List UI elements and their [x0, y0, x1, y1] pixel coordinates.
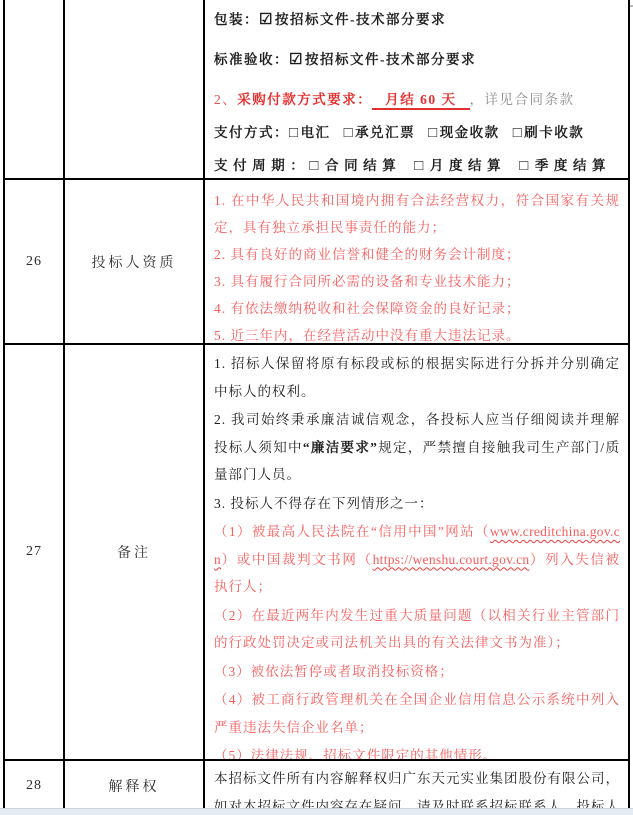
integrity-requirement-emphasis: “廉洁要求”	[303, 440, 378, 455]
window-bottom-edge	[0, 808, 633, 815]
pay-cycle-option: 季度结算	[535, 158, 607, 173]
unchecked-checkbox-icon[interactable]: □	[289, 125, 300, 141]
acceptance-line: 标准验收：☑按招标文件-技术部分要求	[214, 49, 620, 71]
unchecked-checkbox-icon[interactable]: □	[428, 125, 439, 141]
pay-cycle-option: 月度结算	[430, 158, 506, 173]
checked-checkbox-icon[interactable]: ☑	[259, 12, 274, 28]
checked-checkbox-icon[interactable]: ☑	[289, 52, 304, 68]
row-number: 28	[5, 761, 65, 811]
payment-label: 采购付款方式要求：	[237, 92, 372, 107]
row-number: 26	[5, 180, 65, 343]
pay-cycle-label: 支付周期：	[214, 158, 309, 173]
pay-method-option: 现金收款	[440, 125, 500, 140]
qualification-item: 5. 近三年内，在经营活动中没有重大违法记录。	[214, 322, 620, 343]
payment-terms-content-cell: 包装：☑按招标文件-技术部分要求 标准验收：☑按招标文件-技术部分要求 2、采购…	[205, 0, 628, 178]
acceptance-text: 按招标文件-技术部分要求	[305, 52, 476, 67]
prohibited-1-mid: ）或中国裁判文书网（	[221, 552, 373, 567]
packaging-text: 按招标文件-技术部分要求	[275, 12, 446, 27]
tender-requirements-table: 包装：☑按招标文件-技术部分要求 标准验收：☑按招标文件-技术部分要求 2、采购…	[3, 0, 630, 815]
pay-method-option: 刷卡收款	[524, 125, 584, 140]
payment-value-underlined: 月结 60 天	[372, 92, 469, 110]
interpretation-right-content-cell: 本招标文件所有内容解释权归广东天元实业集团股份有限公司，如对本招标文件内容存在疑…	[205, 761, 628, 811]
prohibited-1-pre: （1）被最高人民法院在“信用中国”网站（	[214, 524, 490, 539]
bidder-qualifications-content-cell: 1. 在中华人民共和国境内拥有合法经营权力，符合国家有关规定，具有独立承担民事责…	[205, 180, 628, 343]
prohibited-item-5: （5）法律法规、招标文件限定的其他情形。	[214, 742, 620, 759]
pay-cycle-line: 支付周期：□合同结算□月度结算□季度结算□年度结算	[214, 155, 620, 178]
pay-method-line: 支付方式：□电汇□承兑汇票□现金收款□刷卡收款	[214, 122, 620, 144]
remark-paragraph-3: 3. 投标人不得存在下列情形之一：	[214, 490, 620, 518]
packaging-label: 包装：	[214, 12, 259, 27]
qualification-item: 3. 具有履行合同所必需的设备和专业技术能力；	[214, 268, 620, 295]
row-number: 27	[5, 345, 65, 759]
payment-suffix: ，详见合同条款	[470, 92, 575, 107]
remarks-content-cell: 1. 招标人保留将原有标段或标的根据实际进行分拆并分别确定中标人的权利。 2. …	[205, 345, 628, 759]
table-row-payment-terms: 包装：☑按招标文件-技术部分要求 标准验收：☑按招标文件-技术部分要求 2、采购…	[5, 0, 628, 178]
qualification-item: 4. 有依法缴纳税收和社会保障资金的良好记录；	[214, 295, 620, 322]
table-row-remarks: 27 备注 1. 招标人保留将原有标段或标的根据实际进行分拆并分别确定中标人的权…	[5, 343, 628, 759]
row-title-bidder-qualifications: 投标人资质	[65, 180, 205, 343]
qualification-item: 2. 具有良好的商业信誉和健全的财务会计制度；	[214, 241, 620, 268]
packaging-line: 包装：☑按招标文件-技术部分要求	[214, 9, 620, 31]
pay-method-option: 电汇	[301, 125, 331, 140]
prohibited-item-3: （3）被依法暂停或者取消投标资格；	[214, 658, 620, 686]
pay-method-option: 承兑汇票	[355, 125, 415, 140]
row-label-cell-empty	[65, 0, 205, 178]
prohibited-item-2: （2）在最近两年内发生过重大质量问题（以相关行业主管部门的行政处罚决定或司法机关…	[214, 602, 620, 657]
prohibited-item-4: （4）被工商行政管理机关在全国企业信用信息公示系统中列入严重违法失信企业名单；	[214, 686, 620, 741]
pay-cycle-option: 合同结算	[325, 158, 401, 173]
payment-requirement-line: 2、采购付款方式要求：月结 60 天，详见合同条款	[214, 89, 620, 111]
unchecked-checkbox-icon[interactable]: □	[414, 158, 429, 174]
remark-paragraph-1: 1. 招标人保留将原有标段或标的根据实际进行分拆并分别确定中标人的权利。	[214, 350, 620, 405]
row-number-cell-empty	[5, 0, 65, 178]
unchecked-checkbox-icon[interactable]: □	[344, 125, 355, 141]
table-row-bidder-qualifications: 26 投标人资质 1. 在中华人民共和国境内拥有合法经营权力，符合国家有关规定，…	[5, 178, 628, 343]
table-row-interpretation-right: 28 解释权 本招标文件所有内容解释权归广东天元实业集团股份有限公司，如对本招标…	[5, 759, 628, 811]
unchecked-checkbox-icon[interactable]: □	[513, 125, 524, 141]
wenshu-court-url[interactable]: https://wenshu.court.gov.cn	[373, 552, 530, 567]
pay-method-label: 支付方式：	[214, 125, 289, 140]
remark-paragraph-2: 2. 我司始终秉承廉洁诚信观念，各投标人应当仔细阅读并理解投标人须知中“廉洁要求…	[214, 406, 620, 489]
interpretation-right-text: 本招标文件所有内容解释权归广东天元实业集团股份有限公司，如对本招标文件内容存在疑…	[214, 765, 620, 811]
unchecked-checkbox-icon[interactable]: □	[309, 158, 324, 174]
prohibited-item-1: （1）被最高人民法院在“信用中国”网站（www.creditchina.gov.…	[214, 518, 620, 601]
row-title-remarks: 备注	[65, 345, 205, 759]
acceptance-label: 标准验收：	[214, 52, 289, 67]
payment-prefix: 2、	[214, 92, 237, 107]
qualification-item: 1. 在中华人民共和国境内拥有合法经营权力，符合国家有关规定，具有独立承担民事责…	[214, 187, 620, 241]
unchecked-checkbox-icon[interactable]: □	[519, 158, 534, 174]
row-title-interpretation-right: 解释权	[65, 761, 205, 811]
